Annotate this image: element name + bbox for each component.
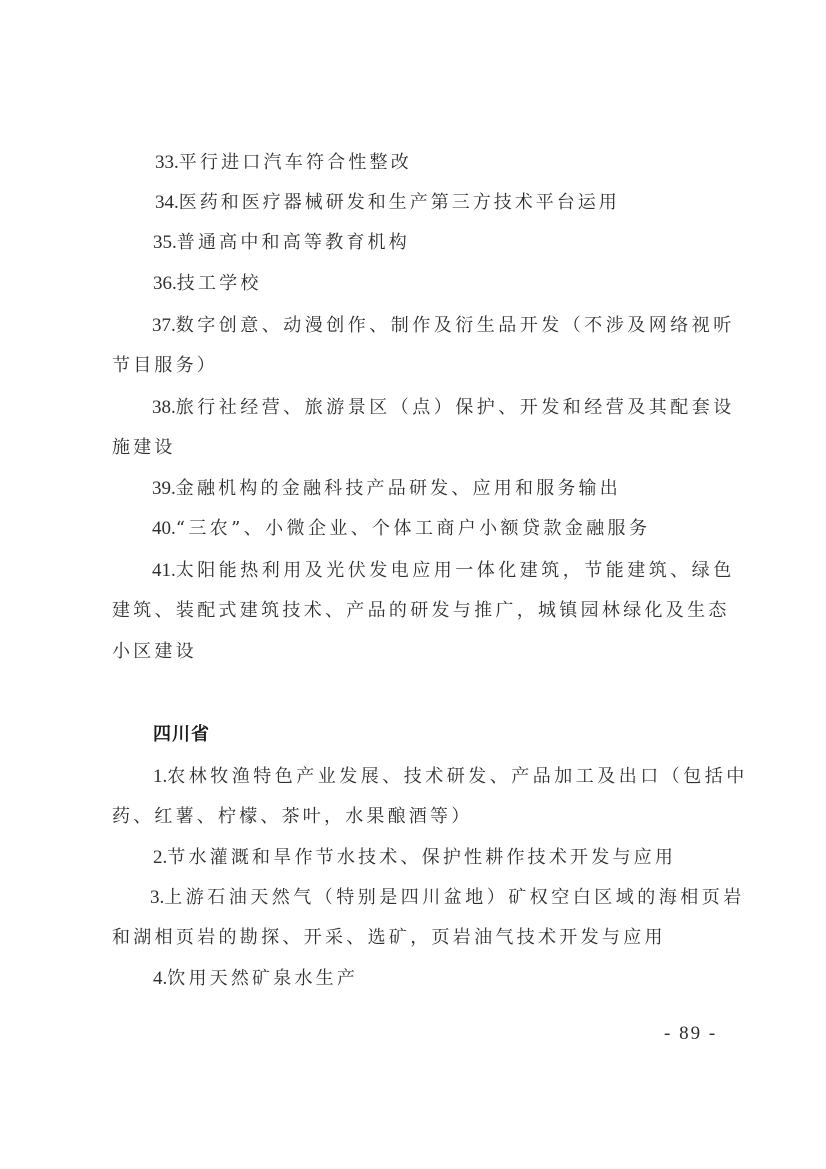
- section-heading-sichuan: 四川省: [153, 723, 210, 747]
- item-text: 饮用天然矿泉水生产: [167, 968, 358, 989]
- item-number: 4.: [153, 968, 167, 989]
- item-text: 农林牧渔特色产业发展、技术研发、产品加工及出口（包括中: [167, 766, 748, 787]
- item-text: 上游石油天然气（特别是四川盆地）矿权空白区域的海相页岩: [164, 887, 745, 908]
- item-text: 太阳能热利用及光伏发电应用一体化建筑，节能建筑、绿色: [176, 560, 735, 581]
- list-item-33: 33.平行进口汽车符合性整改: [155, 151, 412, 175]
- item-number: 3.: [150, 887, 164, 908]
- item-text: 建筑、装配式建筑技术、产品的研发与推广，城镇园林绿化及生态: [112, 600, 730, 621]
- list-item-1-continuation: 药、红薯、柠檬、茶叶，水果酿酒等）: [112, 805, 472, 829]
- item-number: 35.: [153, 232, 177, 253]
- item-number: 38.: [152, 397, 176, 418]
- list-item-41-continuation: 小区建设: [112, 640, 197, 664]
- item-text: 技工学校: [177, 273, 262, 294]
- list-item-2: 2.节水灌溉和旱作节水技术、保护性耕作技术开发与应用: [153, 846, 676, 870]
- item-text: 节目服务）: [112, 355, 218, 376]
- item-number: 39.: [152, 478, 176, 499]
- list-item-39: 39.金融机构的金融科技产品研发、应用和服务输出: [152, 477, 621, 501]
- item-number: 33.: [155, 152, 179, 173]
- list-item-4: 4.饮用天然矿泉水生产: [153, 967, 358, 991]
- item-text: 节水灌溉和旱作节水技术、保护性耕作技术开发与应用: [167, 847, 676, 868]
- item-number: 40.: [152, 518, 176, 539]
- list-item-1: 1.农林牧渔特色产业发展、技术研发、产品加工及出口（包括中: [153, 765, 748, 789]
- item-number: 1.: [153, 766, 167, 787]
- page-number: - 89 -: [664, 1023, 717, 1045]
- item-text: 旅行社经营、旅游景区（点）保护、开发和经营及其配套设: [176, 397, 735, 418]
- item-text: 施建设: [112, 437, 176, 458]
- list-item-40: 40.“三农”、小微企业、个体工商户小额贷款金融服务: [152, 517, 650, 541]
- item-text: 医药和医疗器械研发和生产第三方技术平台运用: [179, 192, 620, 213]
- list-item-37: 37.数字创意、动漫创作、制作及衍生品开发（不涉及网络视听: [152, 314, 735, 338]
- item-text: 普通高中和高等教育机构: [177, 232, 410, 253]
- item-text: 小区建设: [112, 641, 197, 662]
- item-text: 数字创意、动漫创作、制作及衍生品开发（不涉及网络视听: [176, 315, 735, 336]
- list-item-34: 34.医药和医疗器械研发和生产第三方技术平台运用: [155, 191, 620, 215]
- item-number: 36.: [153, 273, 177, 294]
- item-number: 37.: [152, 315, 176, 336]
- item-text: 金融机构的金融科技产品研发、应用和服务输出: [176, 478, 621, 499]
- list-item-3: 3.上游石油天然气（特别是四川盆地）矿权空白区域的海相页岩: [150, 886, 745, 910]
- list-item-37-continuation: 节目服务）: [112, 354, 218, 378]
- item-text: 平行进口汽车符合性整改: [179, 152, 412, 173]
- list-item-41-continuation: 建筑、装配式建筑技术、产品的研发与推广，城镇园林绿化及生态: [112, 599, 730, 623]
- list-item-38-continuation: 施建设: [112, 436, 176, 460]
- list-item-41: 41.太阳能热利用及光伏发电应用一体化建筑，节能建筑、绿色: [152, 559, 735, 583]
- list-item-3-continuation: 和湖相页岩的勘探、开采、选矿，页岩油气技术开发与应用: [112, 926, 666, 950]
- item-number: 41.: [152, 560, 176, 581]
- item-text: 和湖相页岩的勘探、开采、选矿，页岩油气技术开发与应用: [112, 927, 666, 948]
- list-item-36: 36.技工学校: [153, 272, 262, 296]
- item-number: 34.: [155, 192, 179, 213]
- item-number: 2.: [153, 847, 167, 868]
- item-text: 药、红薯、柠檬、茶叶，水果酿酒等）: [112, 806, 472, 827]
- list-item-38: 38.旅行社经营、旅游景区（点）保护、开发和经营及其配套设: [152, 396, 735, 420]
- item-text: “三农”、小微企业、个体工商户小额贷款金融服务: [176, 518, 651, 539]
- list-item-35: 35.普通高中和高等教育机构: [153, 231, 410, 255]
